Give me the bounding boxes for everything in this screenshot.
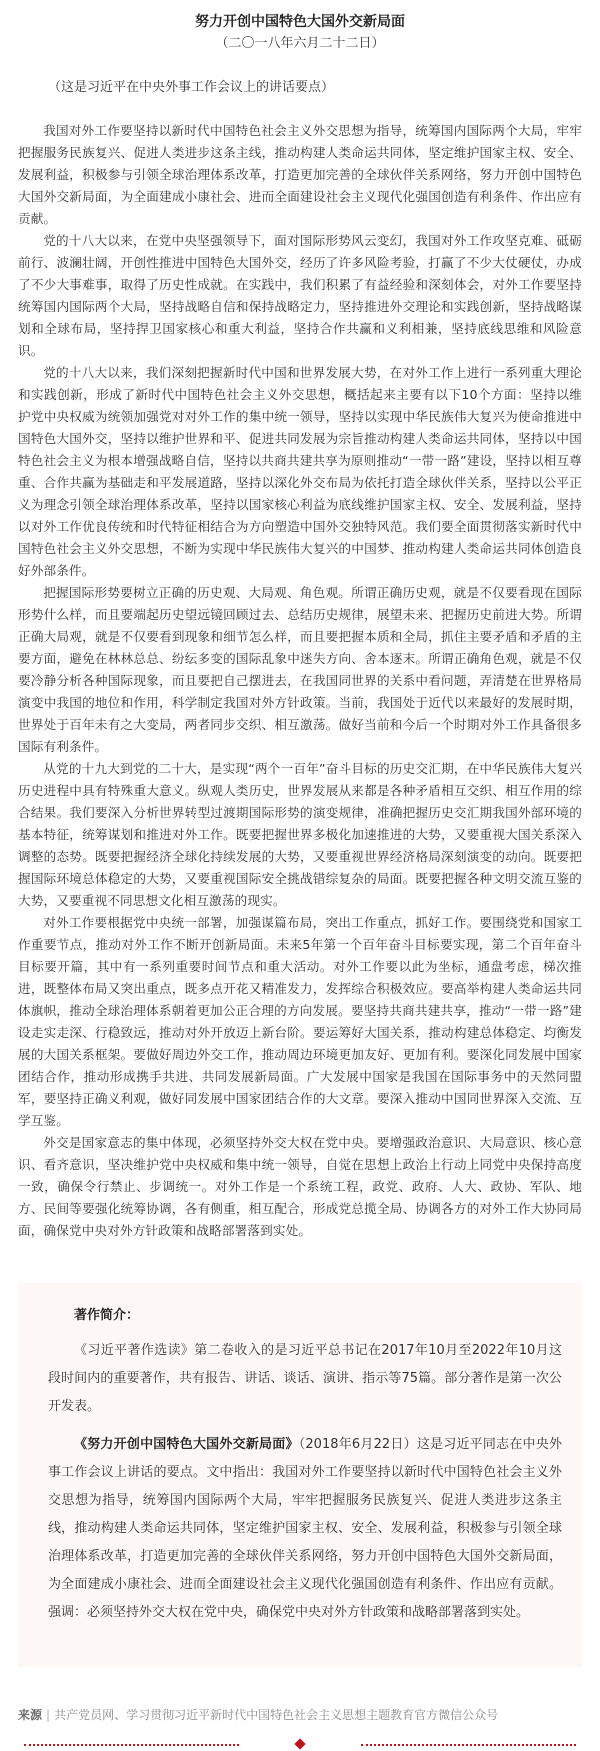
article-date: （二〇一八年六月二十二日）: [18, 34, 582, 54]
article-note: （这是习近平在中央外事工作会议上的讲话要点）: [18, 78, 582, 98]
body-paragraph: 党的十八大以来，在党中央坚强领导下，面对国际形势风云变幻，我国对外工作攻坚克难、…: [18, 230, 582, 362]
intro-work-summary: （2018年6月22日）这是习近平同志在中央外事工作会议上讲话的要点。文中指出：…: [48, 1437, 562, 1620]
article-body: 我国对外工作要坚持以新时代中国特色社会主义外交思想为指导，统筹国内国际两个大局，…: [18, 120, 582, 1242]
intro-work-title: 《努力开创中国特色大国外交新局面》: [74, 1437, 299, 1452]
body-paragraph: 党的十八大以来，我们深刻把握新时代中国和世界发展大势，在对外工作上进行一系列重大…: [18, 362, 582, 582]
source-text: 共产党员网、学习贯彻习近平新时代中国特色社会主义思想主题教育官方微信公众号: [54, 1708, 498, 1722]
end-divider: [24, 1739, 576, 1751]
work-intro-box: 著作简介： 《习近平著作选读》第二卷收入的是习近平总书记在2017年10月至20…: [18, 1282, 582, 1667]
intro-heading: 著作简介：: [48, 1304, 562, 1323]
diamond-icon: [294, 1738, 305, 1749]
intro-paragraph: 《习近平著作选读》第二卷收入的是习近平总书记在2017年10月至2022年10月…: [48, 1337, 562, 1421]
intro-paragraph: 《努力开创中国特色大国外交新局面》（2018年6月22日）这是习近平同志在中央外…: [48, 1431, 562, 1627]
divider-line-right: [361, 1744, 576, 1746]
source-line: 来源|共产党员网、学习贯彻习近平新时代中国特色社会主义思想主题教育官方微信公众号: [18, 1705, 582, 1725]
body-paragraph: 外交是国家意志的集中体现，必须坚持外交大权在党中央。要增强政治意识、大局意识、核…: [18, 1132, 582, 1242]
body-paragraph: 我国对外工作要坚持以新时代中国特色社会主义外交思想为指导，统筹国内国际两个大局，…: [18, 120, 582, 230]
body-paragraph: 对外工作要根据党中央统一部署，加强谋篇布局，突出工作重点，抓好工作。要围绕党和国…: [18, 912, 582, 1132]
body-paragraph: 从党的十九大到党的二十大，是实现“两个一百年”奋斗目标的历史交汇期，在中华民族伟…: [18, 758, 582, 912]
body-paragraph: 把握国际形势要树立正确的历史观、大局观、角色观。所谓正确历史观，就是不仅要看现在…: [18, 582, 582, 758]
article: 努力开创中国特色大国外交新局面 （二〇一八年六月二十二日） （这是习近平在中央外…: [0, 0, 600, 1242]
divider-line-left: [24, 1744, 239, 1746]
article-title: 努力开创中国特色大国外交新局面: [18, 0, 582, 32]
source-separator: |: [46, 1708, 50, 1722]
source-label: 来源: [18, 1708, 42, 1722]
